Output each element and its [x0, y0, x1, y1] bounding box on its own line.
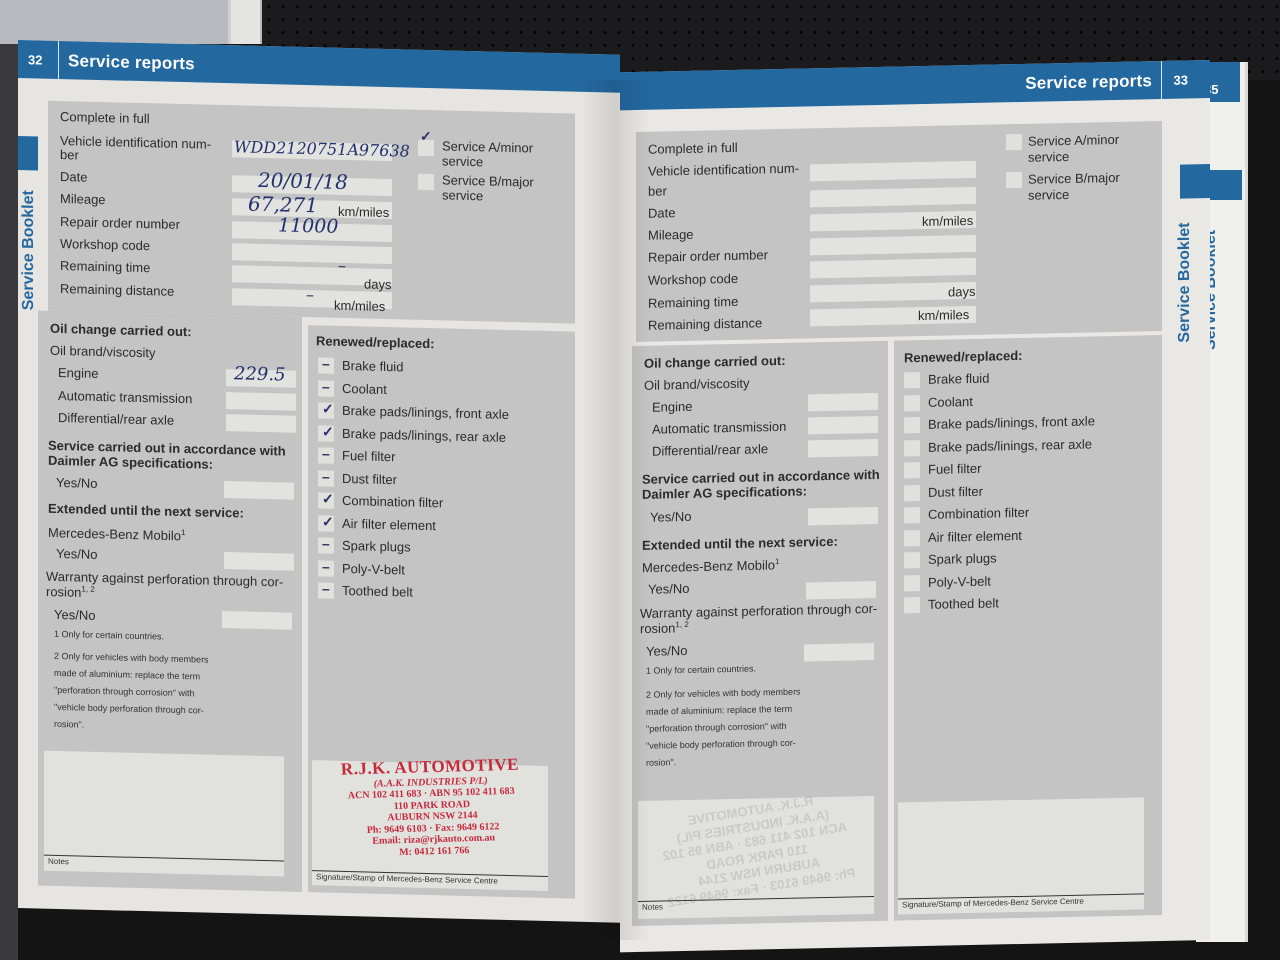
renewed-item-label: Coolant: [928, 393, 973, 409]
workshop-code-field[interactable]: [810, 258, 976, 278]
oil-brand-label: Oil brand/viscosity: [644, 376, 749, 393]
footnote-2-line: "vehicle body perforation through cor-: [54, 702, 204, 716]
renewed-item-label: Poly-V-belt: [928, 573, 991, 589]
warranty-footnote-ref: 1, 2: [81, 585, 94, 594]
vin-label: Vehicle identification num-: [60, 133, 211, 152]
notes-line: [44, 855, 284, 862]
page-title: Service reports: [1025, 71, 1152, 94]
date-label: Date: [648, 205, 675, 221]
oil-change-panel: Oil change carried out: Oil brand/viscos…: [632, 341, 888, 926]
engine-oil-field[interactable]: [808, 393, 878, 411]
dealer-stamp: R.J.K. AUTOMOTIVE (A.A.K. INDUSTRIES P/L…: [320, 754, 545, 860]
mileage-label: Mileage: [648, 227, 694, 243]
repair-order-label: Repair order number: [648, 247, 768, 265]
header-separator: [1161, 61, 1162, 99]
renewed-item-label: Dust filter: [928, 483, 983, 499]
mobilo-yes-no-label: Yes/No: [648, 581, 689, 597]
renewed-heading: Renewed/replaced:: [316, 333, 435, 351]
background-edge: [0, 44, 18, 960]
remaining-distance-unit: km/miles: [334, 298, 385, 314]
footnote-1: 1 Only for certain countries.: [54, 629, 164, 642]
remaining-time-unit: days: [364, 276, 391, 292]
service-b-label-cont: service: [1028, 187, 1069, 203]
background-desk: [0, 0, 262, 44]
engine-label: Engine: [652, 399, 692, 415]
mobilo-yes-no-field[interactable]: [806, 581, 876, 599]
warranty-label-cont: rosion1, 2: [46, 584, 95, 601]
notes-box[interactable]: Notes: [44, 751, 284, 877]
diff-field[interactable]: [226, 414, 296, 433]
mobilo-footnote-ref: 1: [775, 557, 779, 566]
daimler-yes-no-field[interactable]: [808, 507, 878, 525]
auto-trans-field[interactable]: [808, 416, 878, 434]
oil-change-heading: Oil change carried out:: [50, 321, 192, 339]
renewed-item-checkbox[interactable]: [904, 530, 920, 546]
header-separator: [58, 41, 59, 79]
renewed-list: Brake fluidCoolantBrake pads/linings, fr…: [894, 335, 1162, 341]
renewed-item-mark: –: [322, 558, 330, 574]
renewed-item-label: Dust filter: [342, 470, 397, 486]
renewed-item-mark: –: [322, 445, 330, 461]
background-paper: [228, 0, 260, 44]
daimler-yes-no-field[interactable]: [224, 481, 294, 500]
remaining-time-unit: days: [948, 284, 975, 300]
signature-box[interactable]: R.J.K. AUTOMOTIVE (A.A.K. INDUSTRIES P/L…: [312, 760, 548, 891]
footnote-2-line: 2 Only for vehicles with body members: [646, 687, 801, 700]
diff-label: Differential/rear axle: [652, 441, 768, 458]
auto-trans-field[interactable]: [226, 392, 296, 411]
renewed-item-label: Brake pads/linings, rear axle: [342, 425, 506, 444]
renewed-item-label: Combination filter: [928, 505, 1029, 522]
vehicle-info-panel: Complete in full Vehicle identification …: [636, 121, 1162, 342]
renewed-item-label: Toothed belt: [928, 595, 999, 611]
renewed-item-label: Brake pads/linings, rear axle: [928, 436, 1092, 454]
oil-brand-label: Oil brand/viscosity: [50, 343, 155, 361]
daimler-heading-cont: Daimler AG specifications:: [48, 453, 213, 472]
footnote-2-line: 2 Only for vehicles with body members: [54, 651, 209, 665]
renewed-item-mark: ✓: [322, 490, 334, 507]
renewed-item-label: Toothed belt: [342, 583, 413, 600]
mobilo-label-text: Mercedes-Benz Mobilo: [48, 525, 181, 543]
side-tab-label: Service Booklet: [1176, 222, 1194, 342]
page-number: 33: [1174, 72, 1188, 87]
renewed-item-label: Brake pads/linings, front axle: [342, 403, 509, 422]
footnote-2-line: made of aluminium: replace the term: [54, 668, 200, 682]
daimler-yes-no-label: Yes/No: [650, 509, 691, 525]
side-tab: [18, 136, 38, 170]
footnote-2-line: "perforation through corrosion" with: [54, 685, 194, 698]
remaining-time-value: –: [338, 256, 346, 275]
service-b-checkbox[interactable]: [418, 174, 434, 190]
vehicle-info-panel: Complete in full Vehicle identification …: [48, 101, 575, 324]
repair-order-field[interactable]: [810, 235, 976, 255]
page-number: 32: [28, 52, 42, 67]
renewed-item-checkbox[interactable]: [904, 372, 920, 388]
service-a-checkbox[interactable]: [1006, 134, 1022, 150]
workshop-code-label: Workshop code: [60, 236, 150, 253]
mobilo-label: Mercedes-Benz Mobilo1: [48, 525, 185, 544]
renewed-item-label: Fuel filter: [342, 448, 395, 464]
warranty-label: Warranty against perforation through cor…: [640, 601, 877, 621]
vin-field[interactable]: [810, 161, 976, 181]
renewed-item-label: Spark plugs: [928, 550, 997, 566]
date-field[interactable]: [810, 187, 976, 207]
mobilo-yes-no-label: Yes/No: [56, 546, 97, 562]
service-a-check-mark: ✓: [420, 128, 432, 145]
footnote-2-line: made of aluminium: replace the term: [646, 704, 792, 717]
vin-label: Vehicle identification num-: [648, 161, 799, 179]
service-a-label: Service A/minor: [1028, 132, 1119, 149]
right-page: Service reports 33 Service Booklet Compl…: [620, 60, 1210, 952]
auto-trans-label: Automatic transmission: [652, 419, 786, 437]
renewed-item-label: Poly-V-belt: [342, 560, 405, 577]
renewed-item-mark: –: [322, 355, 330, 371]
side-tab-label: Service Booklet: [20, 190, 38, 311]
vin-label-cont: ber: [648, 183, 667, 198]
mileage-value: 67,271: [248, 192, 318, 218]
remaining-time-label: Remaining time: [648, 294, 738, 311]
diff-label: Differential/rear axle: [58, 410, 174, 428]
page-title: Service reports: [68, 51, 195, 74]
warranty-yes-no-label: Yes/No: [54, 607, 95, 623]
workshop-code-field[interactable]: [232, 243, 392, 264]
renewed-panel: Renewed/replaced: –Brake fluid–Coolant✓B…: [308, 325, 575, 899]
renewed-item-mark: –: [322, 535, 330, 551]
service-a-label-cont: service: [442, 153, 483, 169]
footnote-1: 1 Only for certain countries.: [646, 664, 756, 676]
renewed-item-mark: –: [322, 468, 330, 484]
footnote-2-line: "perforation through corrosion" with: [646, 721, 786, 734]
footnote-2-line: rosion".: [646, 757, 676, 768]
renewed-item-label: Combination filter: [342, 493, 443, 510]
notes-caption: Notes: [642, 902, 663, 911]
daimler-yes-no-label: Yes/No: [56, 475, 97, 491]
renewed-item-checkbox[interactable]: [904, 440, 920, 456]
renewed-item-mark: –: [322, 378, 330, 394]
mileage-unit: km/miles: [922, 213, 973, 229]
renewed-item-mark: ✓: [322, 513, 334, 530]
mobilo-label-text: Mercedes-Benz Mobilo: [642, 557, 775, 575]
remaining-distance-label: Remaining distance: [60, 281, 174, 299]
left-page: 32 Service reports Service Booklet Compl…: [18, 40, 620, 923]
service-b-label: Service B/major: [1028, 170, 1120, 187]
renewed-item-checkbox[interactable]: [904, 552, 920, 568]
mileage-unit: km/miles: [338, 204, 389, 220]
vin-label-cont: ber: [60, 147, 79, 162]
repair-order-label: Repair order number: [60, 214, 180, 232]
signature-box[interactable]: Signature/Stamp of Mercedes-Benz Service…: [898, 797, 1144, 914]
renewed-item-checkbox[interactable]: [904, 597, 920, 613]
renewed-panel: Renewed/replaced: Brake fluidCoolantBrak…: [894, 335, 1162, 921]
renewed-item-label: Air filter element: [928, 527, 1022, 544]
warranty-yes-no-field[interactable]: [804, 643, 874, 661]
complete-in-full-label: Complete in full: [648, 140, 738, 157]
remaining-time-label: Remaining time: [60, 258, 150, 275]
complete-in-full-label: Complete in full: [60, 109, 150, 126]
renewed-list: –Brake fluid–Coolant✓Brake pads/linings,…: [308, 325, 575, 332]
renewed-item-label: Fuel filter: [928, 461, 981, 477]
service-a-label-cont: service: [1028, 149, 1069, 165]
date-label: Date: [60, 169, 87, 185]
renewed-item-label: Brake fluid: [342, 358, 403, 375]
footnote-2-line: "vehicle body perforation through cor-: [646, 738, 796, 751]
diff-field[interactable]: [808, 439, 878, 457]
renewed-item-label: Brake fluid: [928, 371, 989, 387]
notes-box[interactable]: R.J.K. AUTOMOTIVE (A.A.K. INDUSTRIES P/L…: [638, 796, 874, 919]
renewed-item-checkbox[interactable]: [904, 417, 920, 433]
renewed-item-checkbox[interactable]: [904, 395, 920, 411]
oil-change-panel: Oil change carried out: Oil brand/viscos…: [38, 310, 302, 891]
renewed-item-mark: ✓: [322, 423, 334, 440]
renewed-item-checkbox[interactable]: [904, 507, 920, 523]
daimler-heading-cont: Daimler AG specifications:: [642, 483, 807, 501]
renewed-item-checkbox[interactable]: [904, 462, 920, 478]
renewed-heading: Renewed/replaced:: [904, 348, 1023, 365]
service-b-label-cont: service: [442, 187, 483, 203]
extended-heading: Extended until the next service:: [642, 534, 838, 553]
date-value: 20/01/18: [258, 168, 348, 194]
renewed-item-label: Brake pads/linings, front axle: [928, 413, 1095, 431]
workshop-code-label: Workshop code: [648, 271, 738, 288]
remaining-distance-label: Remaining distance: [648, 315, 762, 332]
mobilo-yes-no-field[interactable]: [224, 552, 294, 571]
oil-change-heading: Oil change carried out:: [644, 353, 786, 371]
ghost-stamp-imprint: R.J.K. AUTOMOTIVE (A.A.K. INDUSTRIES P/L…: [633, 784, 880, 914]
auto-trans-label: Automatic transmission: [58, 388, 192, 406]
warranty-label-cont-text: rosion: [46, 584, 81, 600]
warranty-label-cont: rosion1, 2: [640, 620, 689, 636]
notes-caption: Notes: [48, 857, 69, 867]
mobilo-label: Mercedes-Benz Mobilo1: [642, 557, 779, 575]
renewed-item-mark: ✓: [322, 400, 334, 417]
service-b-checkbox[interactable]: [1006, 172, 1022, 188]
renewed-item-checkbox[interactable]: [904, 485, 920, 501]
engine-label: Engine: [58, 365, 98, 381]
mobilo-footnote-ref: 1: [181, 528, 185, 537]
repair-order-value: 11000: [278, 214, 338, 237]
renewed-item-label: Air filter element: [342, 515, 436, 532]
renewed-item-mark: –: [322, 580, 330, 596]
footnote-2-line: rosion".: [54, 719, 84, 730]
extended-heading: Extended until the next service:: [48, 501, 244, 521]
renewed-item-label: Spark plugs: [342, 538, 411, 555]
remaining-distance-value: –: [306, 285, 314, 304]
remaining-distance-unit: km/miles: [918, 307, 969, 323]
renewed-item-checkbox[interactable]: [904, 575, 920, 591]
warranty-label-cont-text: rosion: [640, 621, 675, 637]
warranty-yes-no-label: Yes/No: [646, 643, 687, 659]
warranty-footnote-ref: 1, 2: [675, 620, 688, 629]
side-tab: [1180, 164, 1210, 199]
renewed-item-label: Coolant: [342, 380, 387, 396]
engine-oil-value: 229.5: [234, 363, 286, 385]
mileage-label: Mileage: [60, 191, 106, 207]
warranty-yes-no-field[interactable]: [222, 611, 292, 630]
